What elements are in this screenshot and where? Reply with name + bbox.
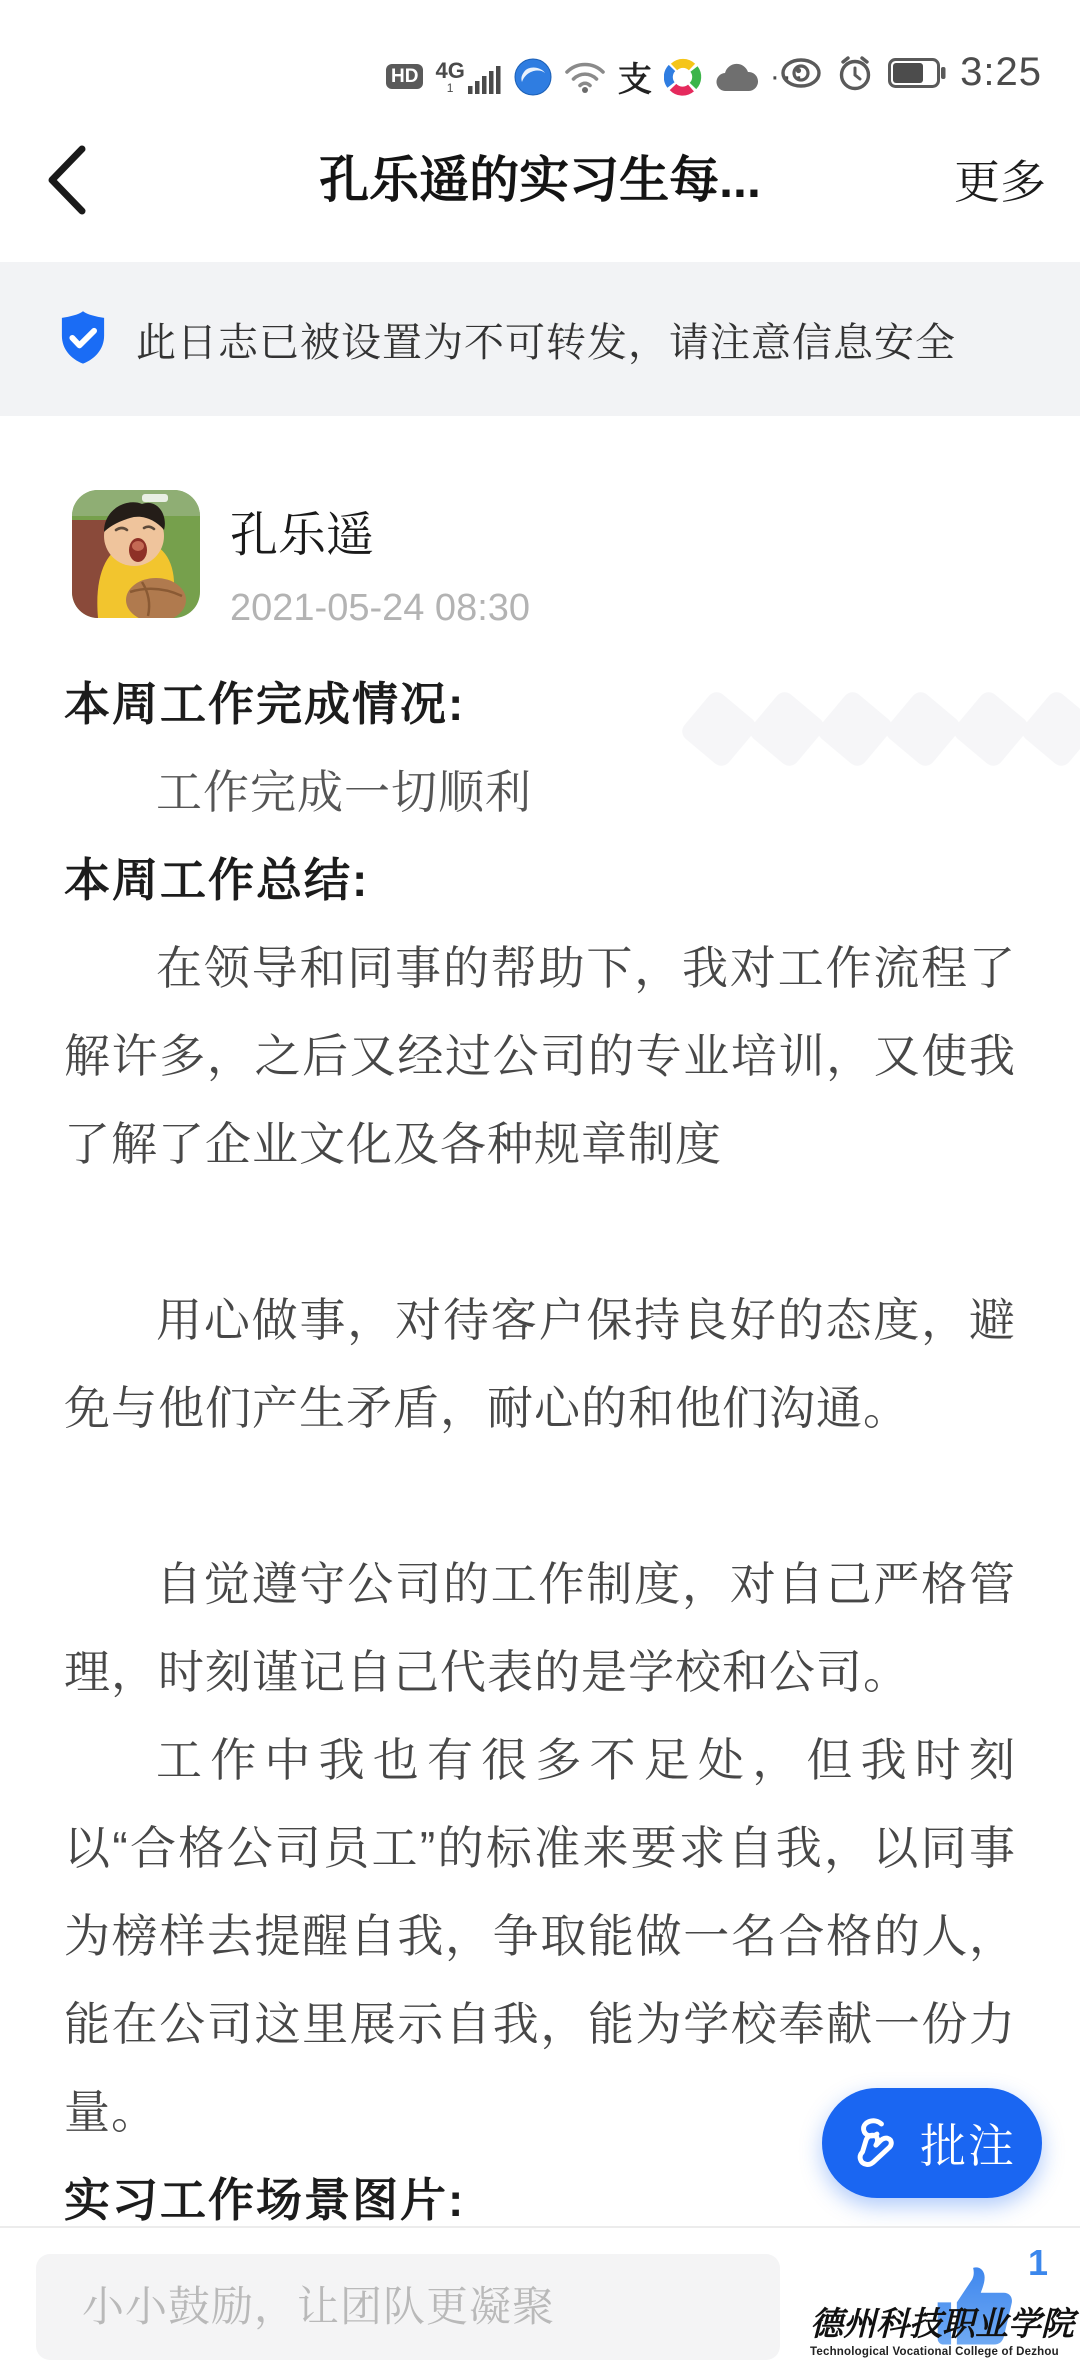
photos-pinwheel-icon <box>664 58 702 96</box>
summary-paragraph-3: 自觉遵守公司的工作制度，对自己严格管理，时刻谨记自己代表的是学校和公司。 <box>64 1540 1016 1716</box>
annotate-button[interactable]: 批注 <box>822 2088 1042 2198</box>
page-title: 孔乐遥的实习生每... <box>0 140 1080 212</box>
app-screen: HD 4G 1 <box>0 0 1080 2376</box>
annotate-label: 批注 <box>920 2110 1016 2176</box>
author-name: 孔乐遥 <box>230 496 530 565</box>
encourage-input[interactable] <box>36 2254 780 2360</box>
network-indicator: 4G 1 <box>435 60 501 94</box>
shield-icon <box>56 309 110 369</box>
watermark-name-en: Technological Vocational College of Dezh… <box>810 2347 1074 2359</box>
annotate-hand-icon <box>848 2114 906 2172</box>
alarm-icon <box>836 54 874 92</box>
nav-bar: 孔乐遥的实习生每... 更多 <box>0 96 1080 262</box>
more-button[interactable]: 更多 <box>954 146 1046 212</box>
hd-badge: HD <box>386 64 423 89</box>
watermark-name-cn: 德州科技职业学院 <box>810 2307 1074 2340</box>
avatar-image <box>72 490 200 618</box>
notice-text: 此日志已被设置为不可转发，请注意信息安全 <box>136 311 956 368</box>
cloud-icon <box>714 61 758 93</box>
summary-paragraph-1: 在领导和同事的帮助下，我对工作流程了解许多，之后又经过公司的专业培训，又使我了解… <box>64 924 1016 1188</box>
heading-summary: 本周工作总结: <box>64 836 1016 924</box>
heading-completion: 本周工作完成情况: <box>64 660 1016 748</box>
college-watermark: 德州科技职业学院 Technological Vocational Colleg… <box>800 2306 1068 2360</box>
author-row: 孔乐遥 2021-05-24 08:30 <box>72 490 530 630</box>
like-count-badge: 1 <box>1028 2242 1048 2284</box>
status-right-cluster: 3:25 <box>780 50 1042 95</box>
author-meta: 孔乐遥 2021-05-24 08:30 <box>230 490 530 630</box>
clock-time: 3:25 <box>960 50 1042 95</box>
security-notice: 此日志已被设置为不可转发，请注意信息安全 <box>0 262 1080 416</box>
post-date: 2021-05-24 08:30 <box>230 587 530 630</box>
eye-protection-icon <box>780 56 822 90</box>
post-body: 本周工作完成情况: 工作完成一切顺利 本周工作总结: 在领导和同事的帮助下，我对… <box>64 660 1016 2244</box>
completion-line: 工作完成一切顺利 <box>64 748 1016 836</box>
alipay-icon: 支 <box>618 52 652 101</box>
app-circle-icon <box>514 58 552 96</box>
summary-paragraph-2: 用心做事，对待客户保持良好的态度，避免与他们产生矛盾，耐心的和他们沟通。 <box>64 1276 1016 1452</box>
battery-icon <box>888 58 946 88</box>
avatar[interactable] <box>72 490 200 618</box>
wifi-icon <box>564 60 606 94</box>
status-left-cluster: HD 4G 1 <box>386 52 806 101</box>
status-bar: HD 4G 1 <box>0 0 1080 96</box>
signal-bars-icon <box>468 64 502 94</box>
